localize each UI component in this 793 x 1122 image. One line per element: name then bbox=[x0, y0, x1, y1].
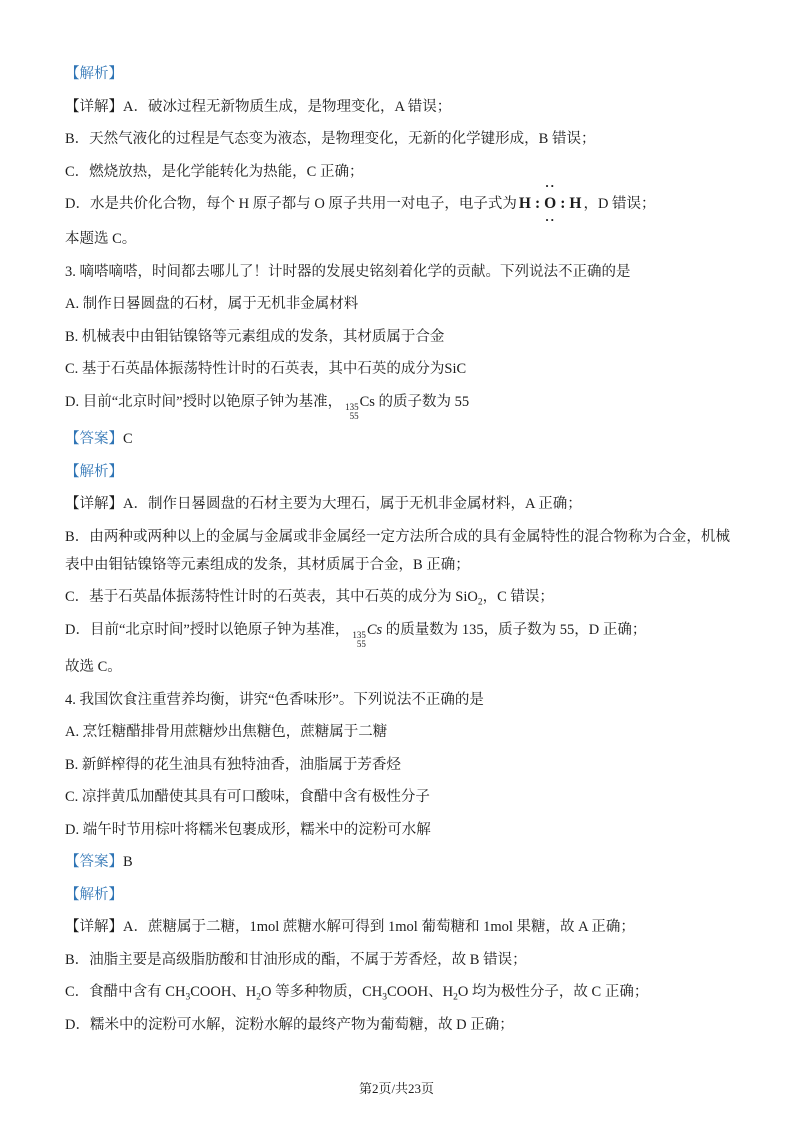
page-number-footer: 第2页/共23页 bbox=[0, 1078, 793, 1097]
paragraph: 本题选 C。 bbox=[65, 225, 730, 253]
paragraph: C．燃烧放热，是化学能转化为热能，C 正确； bbox=[65, 158, 730, 186]
paragraph: 【解析】 bbox=[65, 60, 730, 88]
text-run: 的质子数为 55 bbox=[375, 394, 469, 410]
paragraph: 故选 C。 bbox=[65, 653, 730, 681]
text-run: C. 凉拌黄瓜加醋使其具有可口酸味，食醋中含有极性分子 bbox=[65, 789, 430, 805]
paragraph: 【解析】 bbox=[65, 458, 730, 486]
text-run: COOH、H bbox=[190, 984, 256, 1000]
paragraph: B. 机械表中由钼钴镍铬等元素组成的发条，其材质属于合金 bbox=[65, 323, 730, 351]
atomic-number: 55 bbox=[357, 640, 366, 649]
text-run: 【详解】A．制作日晷圆盘的石材主要为大理石，属于无机非金属材料，A 正确； bbox=[65, 496, 582, 512]
paragraph: 【解析】 bbox=[65, 881, 730, 909]
section-marker: 【答案】 bbox=[65, 854, 123, 870]
text-run: C. 基于石英晶体振荡特性计时的石英表，其中石英的成分为SiC bbox=[65, 361, 466, 377]
element-symbol: Cs bbox=[367, 622, 382, 638]
bonding-pair: : bbox=[531, 195, 544, 212]
isotope-notation: 13555Cs bbox=[342, 394, 375, 410]
paragraph: 【答案】B bbox=[65, 848, 730, 876]
text-run: 的质量数为 135，质子数为 55，D 正确； bbox=[382, 622, 646, 638]
text-run: 【详解】A．破冰过程无新物质生成，是物理变化，A 错误； bbox=[65, 99, 451, 115]
text-run: ，C 错误； bbox=[483, 589, 554, 605]
text-run: A. 制作日晷圆盘的石材，属于无机非金属材料 bbox=[65, 296, 358, 312]
paragraph: C．食醋中含有 CH3COOH、H2O 等多种物质，CH3COOH、H2O 均为… bbox=[65, 978, 730, 1006]
text-run: C．食醋中含有 CH bbox=[65, 984, 185, 1000]
atomic-number: 55 bbox=[350, 412, 359, 421]
text-run: D. 目前“北京时间”授时以铯原子钟为基准， bbox=[65, 394, 342, 410]
paragraph: D. 端午时节用棕叶将糯米包裹成形，糯米中的淀粉可水解 bbox=[65, 816, 730, 844]
paragraph: D．目前“北京时间”授时以铯原子钟为基准，13555Cs 的质量数为 135，质… bbox=[65, 616, 730, 649]
paragraph: C. 凉拌黄瓜加醋使其具有可口酸味，食醋中含有极性分子 bbox=[65, 783, 730, 811]
isotope-notation: 13555Cs bbox=[349, 622, 382, 638]
paragraph: C．基于石英晶体振荡特性计时的石英表，其中石英的成分为 SiO2，C 错误； bbox=[65, 583, 730, 611]
text-run: B. 机械表中由钼钴镍铬等元素组成的发条，其材质属于合金 bbox=[65, 329, 444, 345]
text-run: D．水是共价化合物，每个 H 原子都与 O 原子共用一对电子，电子式为 bbox=[65, 196, 517, 212]
isotope-numbers: 13555 bbox=[352, 631, 366, 649]
text-run: 【详解】A．蔗糖属于二糖，1mol 蔗糖水解可得到 1mol 葡萄糖和 1mol… bbox=[65, 919, 635, 935]
element-symbol: Cs bbox=[360, 394, 375, 410]
text-run: B．油脂主要是高级脂肪酸和甘油形成的酯，不属于芳香烃，故 B 错误； bbox=[65, 952, 527, 968]
text-run: ，D 错误； bbox=[583, 196, 655, 212]
paragraph: 【详解】A．制作日晷圆盘的石材主要为大理石，属于无机非金属材料，A 正确； bbox=[65, 490, 730, 518]
o-atom: O···· bbox=[544, 190, 556, 218]
text-run: C bbox=[123, 431, 133, 447]
text-run: B. 新鲜榨得的花生油具有独特油香，油脂属于芳香烃 bbox=[65, 757, 401, 773]
paragraph: 3. 嘀嗒嘀嗒，时间都去哪儿了！计时器的发展史铭刻着化学的贡献。下列说法不正确的… bbox=[65, 258, 730, 286]
text-run: D. 端午时节用棕叶将糯米包裹成形，糯米中的淀粉可水解 bbox=[65, 822, 431, 838]
text-run: 3. 嘀嗒嘀嗒，时间都去哪儿了！计时器的发展史铭刻着化学的贡献。下列说法不正确的… bbox=[65, 264, 631, 280]
section-marker: 【解析】 bbox=[65, 887, 123, 903]
text-run: 4. 我国饮食注重营养均衡，讲究“色香味形”。下列说法不正确的是 bbox=[65, 692, 484, 708]
text-run: D．糯米中的淀粉可水解，淀粉水解的最终产物为葡萄糖，故 D 正确； bbox=[65, 1017, 514, 1033]
text-run: B bbox=[123, 854, 133, 870]
bonding-pair: : bbox=[556, 195, 569, 212]
text-run: O 等多种物质，CH bbox=[261, 984, 382, 1000]
lone-pair-top: ·· bbox=[545, 183, 556, 189]
lone-pair-bottom: ·· bbox=[545, 217, 556, 223]
paragraph: A. 烹饪糖醋排骨用蔗糖炒出焦糖色，蔗糖属于二糖 bbox=[65, 718, 730, 746]
paragraph: C. 基于石英晶体振荡特性计时的石英表，其中石英的成分为SiC bbox=[65, 355, 730, 383]
electron-formula: H:O····:H bbox=[519, 195, 582, 212]
text-run: A. 烹饪糖醋排骨用蔗糖炒出焦糖色，蔗糖属于二糖 bbox=[65, 724, 387, 740]
text-run: O 均为极性分子，故 C 正确； bbox=[458, 984, 649, 1000]
text-run: D．目前“北京时间”授时以铯原子钟为基准， bbox=[65, 622, 349, 638]
section-marker: 【解析】 bbox=[65, 464, 123, 480]
paragraph: 【详解】A．破冰过程无新物质生成，是物理变化，A 错误； bbox=[65, 93, 730, 121]
paragraph: B．由两种或两种以上的金属与金属或非金属经一定方法所合成的具有金属特性的混合物称… bbox=[65, 523, 730, 579]
text-run: COOH、H bbox=[387, 984, 453, 1000]
text-run: C．燃烧放热，是化学能转化为热能，C 正确； bbox=[65, 164, 363, 180]
paragraph: B. 新鲜榨得的花生油具有独特油香，油脂属于芳香烃 bbox=[65, 751, 730, 779]
paragraph: 【详解】A．蔗糖属于二糖，1mol 蔗糖水解可得到 1mol 葡萄糖和 1mol… bbox=[65, 913, 730, 941]
paragraph: D. 目前“北京时间”授时以铯原子钟为基准，13555Cs 的质子数为 55 bbox=[65, 388, 730, 421]
document-body: 【解析】【详解】A．破冰过程无新物质生成，是物理变化，A 错误；B．天然气液化的… bbox=[65, 60, 730, 1039]
h-atom: H bbox=[569, 195, 581, 212]
section-marker: 【解析】 bbox=[65, 66, 123, 82]
section-marker: 【答案】 bbox=[65, 431, 123, 447]
paragraph: D．水是共价化合物，每个 H 原子都与 O 原子共用一对电子，电子式为H:O··… bbox=[65, 190, 730, 218]
document-page: 【解析】【详解】A．破冰过程无新物质生成，是物理变化，A 错误；B．天然气液化的… bbox=[0, 0, 793, 1122]
text-run: B．天然气液化的过程是气态变为液态，是物理变化，无新的化学键形成，B 错误； bbox=[65, 131, 595, 147]
text-run: C．基于石英晶体振荡特性计时的石英表，其中石英的成分为 SiO bbox=[65, 589, 478, 605]
paragraph: 【答案】C bbox=[65, 425, 730, 453]
paragraph: B．油脂主要是高级脂肪酸和甘油形成的酯，不属于芳香烃，故 B 错误； bbox=[65, 946, 730, 974]
paragraph: B．天然气液化的过程是气态变为液态，是物理变化，无新的化学键形成，B 错误； bbox=[65, 125, 730, 153]
paragraph: 4. 我国饮食注重营养均衡，讲究“色香味形”。下列说法不正确的是 bbox=[65, 686, 730, 714]
isotope-numbers: 13555 bbox=[345, 403, 359, 421]
text-run: 本题选 C。 bbox=[65, 231, 136, 247]
text-run: 故选 C。 bbox=[65, 659, 122, 675]
paragraph: D．糯米中的淀粉可水解，淀粉水解的最终产物为葡萄糖，故 D 正确； bbox=[65, 1011, 730, 1039]
h-atom: H bbox=[519, 195, 531, 212]
text-run: B．由两种或两种以上的金属与金属或非金属经一定方法所合成的具有金属特性的混合物称… bbox=[65, 529, 730, 573]
paragraph: A. 制作日晷圆盘的石材，属于无机非金属材料 bbox=[65, 290, 730, 318]
